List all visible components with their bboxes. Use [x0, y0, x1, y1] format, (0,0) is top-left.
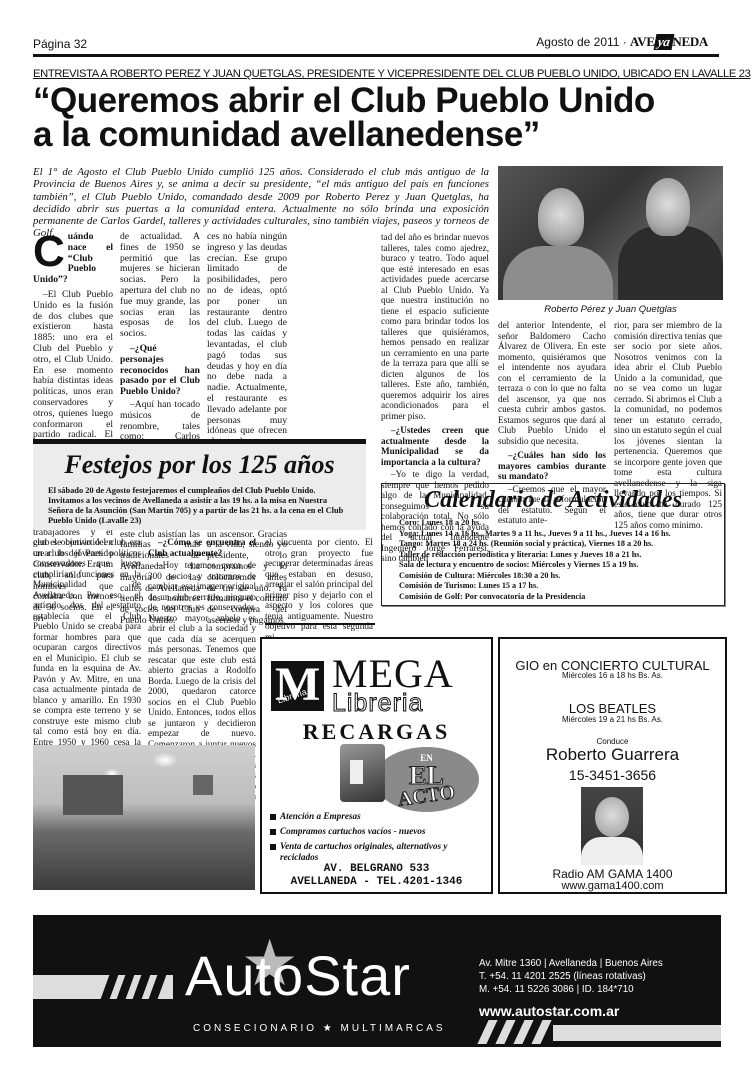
article-headline: “Queremos abrir el Club Pueblo Unido a l… [33, 84, 733, 152]
host-photo [581, 787, 643, 865]
calendar-item: Sala de lectura y encuentro de socios: M… [399, 560, 671, 571]
autostar-tagline: CONSECIONARIO ★ MULTIMARCAS [193, 1023, 446, 1034]
mega-logo: M Libreria [271, 661, 324, 711]
autostar-address: Av. Mitre 1360 | Avellaneda | Buenos Air… [479, 957, 663, 970]
photo-restaurant [33, 745, 255, 890]
issue-info: Agosto de 2011 · AVE ya NEDA [536, 34, 708, 50]
host-name: Roberto Guarrera [500, 745, 725, 765]
ad-radio-gama: GIO en CONCIERTO CULTURAL Miércoles 16 a… [498, 637, 727, 894]
mega-bullet: Atención a Empresas [270, 811, 485, 822]
photo-figure-right [618, 226, 723, 300]
logo-part-neda: NEDA [672, 34, 708, 50]
publication-logo: AVE ya NEDA [630, 34, 708, 50]
article-lead: El 1° de Agosto el Club Pueblo Unido cum… [33, 166, 489, 240]
calendar-item: Tango: Martes 18 a 24 hs. (Reunión socia… [399, 539, 671, 550]
paragraph: del anterior Intendente, el señor Baldom… [498, 320, 606, 446]
autostar-contact: Av. Mitre 1360 | Avellaneda | Buenos Air… [479, 957, 663, 996]
article-column-9: el cincuenta por ciento. El otro gran pr… [265, 537, 373, 642]
festejos-title: Festejos por los 125 años [33, 450, 366, 480]
show-2-time: Miércoles 19 a 21 hs Bs. As. [500, 715, 725, 724]
logo-part-ave: AVE [630, 34, 655, 50]
photo-chandelier [153, 753, 177, 767]
autostar-logo: AutoStar [185, 943, 411, 1008]
mega-bullet: Compramos cartuchos vacíos - nuevos [270, 826, 485, 837]
headline-line-1: “Queremos abrir el Club Pueblo Unido [33, 84, 733, 118]
calendar-box: Calendario de Actividades Coro: Lunes 18… [381, 483, 725, 606]
radio-station: Radio AM GAMA 1400 [500, 867, 725, 881]
calendar-list: Coro: Lunes 18 a 20 hs. Yoga: Lunes 14 a… [399, 518, 671, 602]
question-6: –¿Cómo se encuentra el Club actualmente? [148, 537, 256, 558]
mega-address-line: AV. BELGRANO 533 [262, 863, 491, 876]
question-4: –¿Ustedes creen que actualmente desde la… [381, 425, 489, 467]
drop-cap: C [33, 234, 65, 270]
calendar-item: Taller de redacción periodística y liter… [399, 550, 671, 561]
logo-part-ya: ya [653, 34, 673, 50]
question-2: –¿Qué personajes reconocidos han pasado … [120, 344, 200, 398]
column-end-rule [265, 623, 375, 625]
paragraph: el cincuenta por ciento. El otro gran pr… [265, 537, 373, 642]
header-rule [33, 54, 719, 57]
autostar-website[interactable]: www.autostar.com.ar [479, 1003, 619, 1019]
mega-headline: RECARGAS [262, 719, 491, 745]
radio-website[interactable]: www.gama1400.com [500, 880, 725, 892]
headline-line-2: a la comunidad avellanedense” [33, 118, 733, 152]
autostar-stripe-right [553, 1025, 721, 1041]
calendar-item: Coro: Lunes 18 a 20 hs. [399, 518, 671, 529]
ad-mega-libreria: M Libreria MEGA Libreria RECARGAS EN EL … [260, 637, 493, 894]
page-number: Página 32 [33, 37, 87, 51]
photo-painting [193, 775, 213, 795]
mega-phone-line: AVELLANEDA - TEL.4201-1346 [262, 876, 491, 889]
photo-window [63, 775, 123, 815]
paragraph: de actualidad. A fines de 1950 se permit… [120, 232, 200, 340]
festejos-text: El sábado 20 de Agosto festejaremos el c… [48, 486, 353, 526]
photo-caption: Roberto Pérez y Juan Quetglas [498, 304, 723, 315]
mega-name-sub: Libreria [332, 691, 423, 715]
issue-date: Agosto de 2011 · [536, 35, 627, 49]
host-phone: 15-3451-3656 [500, 767, 725, 783]
calendar-title: Calendario de Actividades [382, 487, 724, 514]
en-el-acto-badge: EN EL ACTO [374, 747, 479, 812]
mega-bullets: Atención a Empresas Compramos cartuchos … [270, 811, 485, 867]
photo-perez-quetglas [498, 166, 723, 300]
festejos-box: Festejos por los 125 años El sábado 20 d… [33, 444, 366, 530]
paragraph: tad del año es brindar nuevos talleres, … [381, 232, 489, 421]
show-2-title: LOS BEATLES [500, 701, 725, 716]
calendar-item: Yoga: Lunes 14 a 16 hs., Martes 9 a 11 h… [399, 529, 671, 540]
mega-address: AV. BELGRANO 533 AVELLANEDA - TEL.4201-1… [262, 863, 491, 889]
question-5: –¿Cuáles han sido los mayores cambios du… [498, 450, 606, 482]
autostar-mobile: M. +54. 11 5226 3086 | ID. 184*710 [479, 983, 663, 996]
paragraph: ces no había ningún ingreso y las deudas… [207, 232, 287, 448]
mega-bullet: Venta de cartuchos originales, alternati… [270, 841, 485, 863]
show-1-time: Miércoles 16 a 18 hs Bs. As. [500, 671, 725, 680]
mega-name: MEGA [332, 655, 454, 693]
autostar-phone: T. +54. 11 4201 2525 (líneas rotativas) [479, 970, 663, 983]
photo-face-left [538, 188, 584, 246]
calendar-item: Comisión de Golf: Por convocatoria de la… [399, 592, 671, 603]
photo-figure-left [503, 246, 613, 300]
ad-autostar: ★ AutoStar CONSECIONARIO ★ MULTIMARCAS A… [33, 915, 721, 1047]
ink-cartridge-icon [340, 744, 385, 802]
photo-face-right [646, 178, 690, 236]
article-kicker: ENTREVISTA A ROBERTO PEREZ Y JUAN QUETGL… [33, 68, 723, 80]
calendar-item: Comisión de Cultura: Miércoles 18:30 a 2… [399, 571, 671, 582]
calendar-item: Comisión de Turismo: Lunes 15 a 17 hs. [399, 581, 671, 592]
